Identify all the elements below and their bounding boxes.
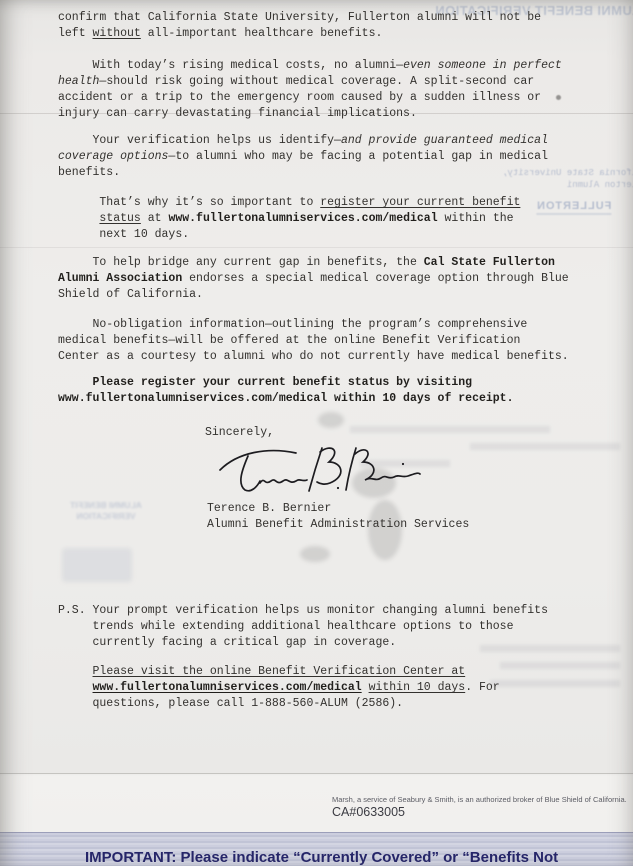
bleedthrough-text-smear [350, 426, 550, 433]
paper-fold-line [0, 773, 633, 774]
paragraph-ps: P.S. Your prompt verification helps us m… [58, 603, 548, 651]
bleedthrough-text-smear [500, 662, 620, 669]
bleedthrough-box-line1: ALUMNI BENEFIT [58, 500, 154, 511]
paragraph-verification: Your verification helps us identify—and … [58, 133, 548, 181]
important-banner: IMPORTANT: Please indicate “Currently Co… [0, 832, 633, 866]
paragraph-no-obligation: No-obligation information—outlining the … [58, 317, 569, 365]
bleedthrough-text-smear [490, 680, 620, 687]
paragraph-bold-notice: Please register your current benefit sta… [58, 375, 513, 407]
bleedthrough-fullerton-logo: FULLERTON [536, 200, 611, 215]
bleedthrough-box-line2: VERIFICATION [58, 511, 154, 522]
license-number: CA#0633005 [332, 805, 405, 819]
important-banner-text: IMPORTANT: Please indicate “Currently Co… [85, 849, 558, 866]
scanned-letter-page: OFFICE OF ALUMNI BENEFIT VERIFICATION Ca… [0, 0, 633, 866]
bleedthrough-verification-box: ALUMNI BENEFIT VERIFICATION [58, 500, 154, 522]
signatory-block: Terence B. Bernier Alumni Benefit Admini… [207, 501, 469, 533]
paragraph-ps-visit: Please visit the online Benefit Verifica… [58, 664, 500, 712]
bleedthrough-text-smear [470, 443, 620, 450]
ink-smudge [300, 546, 330, 562]
signature [210, 436, 425, 504]
paragraph-rising-costs: With today’s rising medical costs, no al… [58, 58, 562, 122]
paragraph-confirm: confirm that California State University… [58, 10, 541, 42]
paragraph-register-block: That’s why it’s so important to register… [58, 195, 520, 243]
scan-edge-shadow [0, 0, 633, 866]
ink-smudge [318, 412, 344, 428]
broker-disclaimer: Marsh, a service of Seabury & Smith, is … [332, 795, 627, 804]
paragraph-bridge-gap: To help bridge any current gap in benefi… [58, 255, 569, 303]
bleedthrough-box-shape [62, 548, 132, 582]
paper-crease [0, 247, 633, 248]
signatory-title: Alumni Benefit Administration Services [207, 517, 469, 533]
